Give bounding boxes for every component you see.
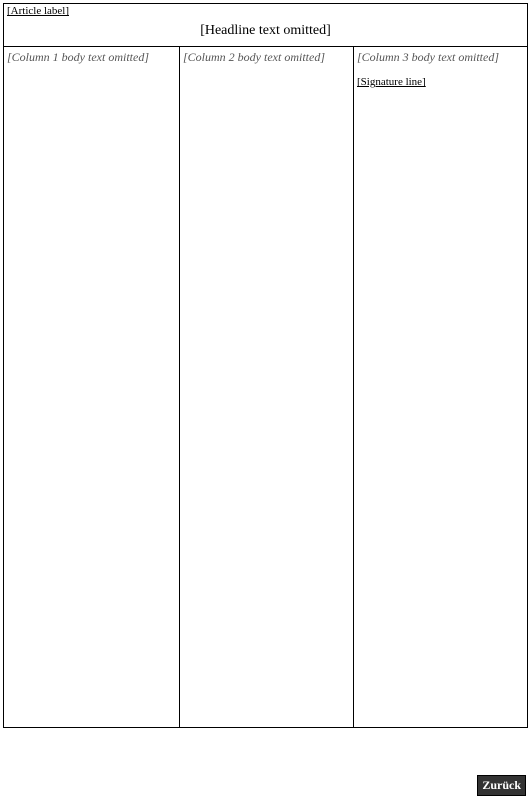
document-frame: [Article label] [Headline text omitted] … — [3, 3, 528, 728]
column-2-text: [Column 2 body text omitted] — [183, 50, 350, 65]
column-3-text: [Column 3 body text omitted] — [357, 50, 524, 65]
signature-link[interactable]: [Signature line] — [357, 75, 524, 90]
column-1-text: [Column 1 body text omitted] — [7, 50, 176, 65]
column-grid: [Column 1 body text omitted] [Column 2 b… — [4, 46, 527, 727]
column-2: [Column 2 body text omitted] — [180, 47, 354, 727]
back-button[interactable]: Zurück — [477, 775, 526, 796]
column-1: [Column 1 body text omitted] — [4, 47, 180, 727]
column-3: [Column 3 body text omitted] [Signature … — [354, 47, 527, 727]
headline: [Headline text omitted] — [4, 17, 527, 46]
article-kicker: [Article label] — [4, 4, 527, 17]
